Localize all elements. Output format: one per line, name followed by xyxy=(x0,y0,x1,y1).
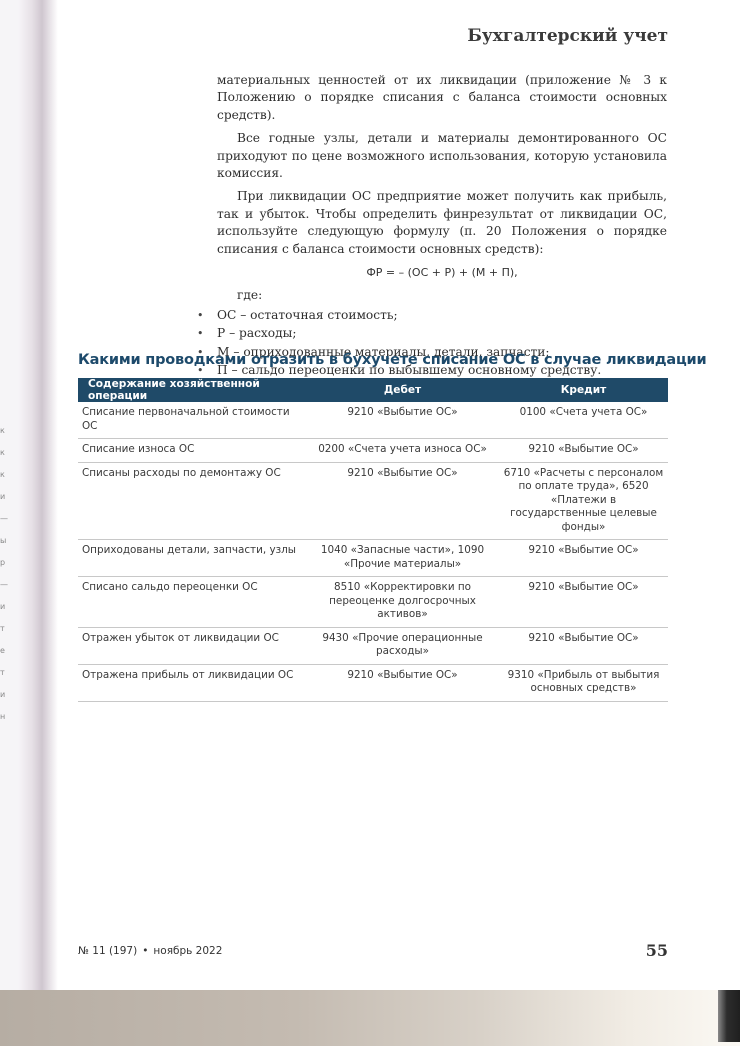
cell-operation: Отражена прибыль от ликвидации ОС xyxy=(78,664,306,701)
paragraph-continuation: материальных ценностей от их ликвидации … xyxy=(217,72,667,124)
cell-operation: Оприходованы детали, запчасти, узлы xyxy=(78,540,306,577)
separator-dot: • xyxy=(142,945,148,957)
cell-credit: 0100 «Счета учета ОС» xyxy=(499,402,668,439)
cell-debit: 9430 «Прочие операционные расходы» xyxy=(306,627,499,664)
cell-credit: 9210 «Выбытие ОС» xyxy=(499,627,668,664)
cell-debit: 9210 «Выбытие ОС» xyxy=(306,402,499,439)
cell-credit: 9210 «Выбытие ОС» xyxy=(499,577,668,628)
page-number: 55 xyxy=(646,941,668,960)
cell-operation: Списаны расходы по демонтажу ОС xyxy=(78,462,306,540)
list-item: ОС – остаточная стоимость; xyxy=(197,307,667,324)
issue-info: № 11 (197)•ноябрь 2022 xyxy=(78,945,222,957)
scanner-bed-edge xyxy=(0,990,740,1046)
formula: ФР = – (ОС + Р) + (М + П), xyxy=(217,264,667,281)
issue-date: ноябрь 2022 xyxy=(153,945,222,957)
table-row: Отражен убыток от ликвидации ОС9430 «Про… xyxy=(78,627,668,664)
article-body: материальных ценностей от их ликвидации … xyxy=(217,72,667,381)
cell-debit: 1040 «Запасные части», 1090 «Прочие мате… xyxy=(306,540,499,577)
paragraph: Все годные узлы, детали и материалы демо… xyxy=(217,130,667,182)
cell-operation: Отражен убыток от ликвидации ОС xyxy=(78,627,306,664)
magazine-page: Бухгалтерский учет материальных ценносте… xyxy=(0,0,740,990)
table-row: Списаны расходы по демонтажу ОС9210 «Выб… xyxy=(78,462,668,540)
cell-debit: 9210 «Выбытие ОС» xyxy=(306,664,499,701)
definition-list: ОС – остаточная стоимость; Р – расходы; … xyxy=(217,307,667,380)
scanner-dark-corner xyxy=(718,990,740,1042)
cell-credit: 6710 «Расчеты с персоналом по оплате тру… xyxy=(499,462,668,540)
cell-debit: 0200 «Счета учета износа ОС» xyxy=(306,439,499,463)
table-row: Списано сальдо переоценки ОС8510 «Коррек… xyxy=(78,577,668,628)
table-row: Оприходованы детали, запчасти, узлы1040 … xyxy=(78,540,668,577)
column-header-credit: Кредит xyxy=(499,378,668,402)
cell-operation: Списание износа ОС xyxy=(78,439,306,463)
table-row: Списание первоначальной стоимости ОС9210… xyxy=(78,402,668,439)
table-header-row: Содержание хозяйственной операции Дебет … xyxy=(78,378,668,402)
running-head: Бухгалтерский учет xyxy=(467,26,668,46)
table-title: Какими проводками отразить в бухучете сп… xyxy=(78,352,706,368)
column-header-operation: Содержание хозяйственной операции xyxy=(78,378,306,402)
cell-operation: Списано сальдо переоценки ОС xyxy=(78,577,306,628)
table-row: Списание износа ОС0200 «Счета учета изно… xyxy=(78,439,668,463)
cell-credit: 9210 «Выбытие ОС» xyxy=(499,540,668,577)
cell-operation: Списание первоначальной стоимости ОС xyxy=(78,402,306,439)
issue-number: № 11 (197) xyxy=(78,945,137,957)
cell-debit: 8510 «Корректировки по переоценке долгос… xyxy=(306,577,499,628)
list-item: Р – расходы; xyxy=(197,325,667,342)
paragraph: При ликвидации ОС предприятие может полу… xyxy=(217,188,667,258)
where-label: где: xyxy=(217,287,667,304)
column-header-debit: Дебет xyxy=(306,378,499,402)
cell-credit: 9310 «Прибыль от выбытия основных средст… xyxy=(499,664,668,701)
table-row: Отражена прибыль от ликвидации ОС9210 «В… xyxy=(78,664,668,701)
cell-credit: 9210 «Выбытие ОС» xyxy=(499,439,668,463)
accounting-entries-table: Содержание хозяйственной операции Дебет … xyxy=(78,378,668,702)
table-body: Списание первоначальной стоимости ОС9210… xyxy=(78,402,668,701)
cell-debit: 9210 «Выбытие ОС» xyxy=(306,462,499,540)
